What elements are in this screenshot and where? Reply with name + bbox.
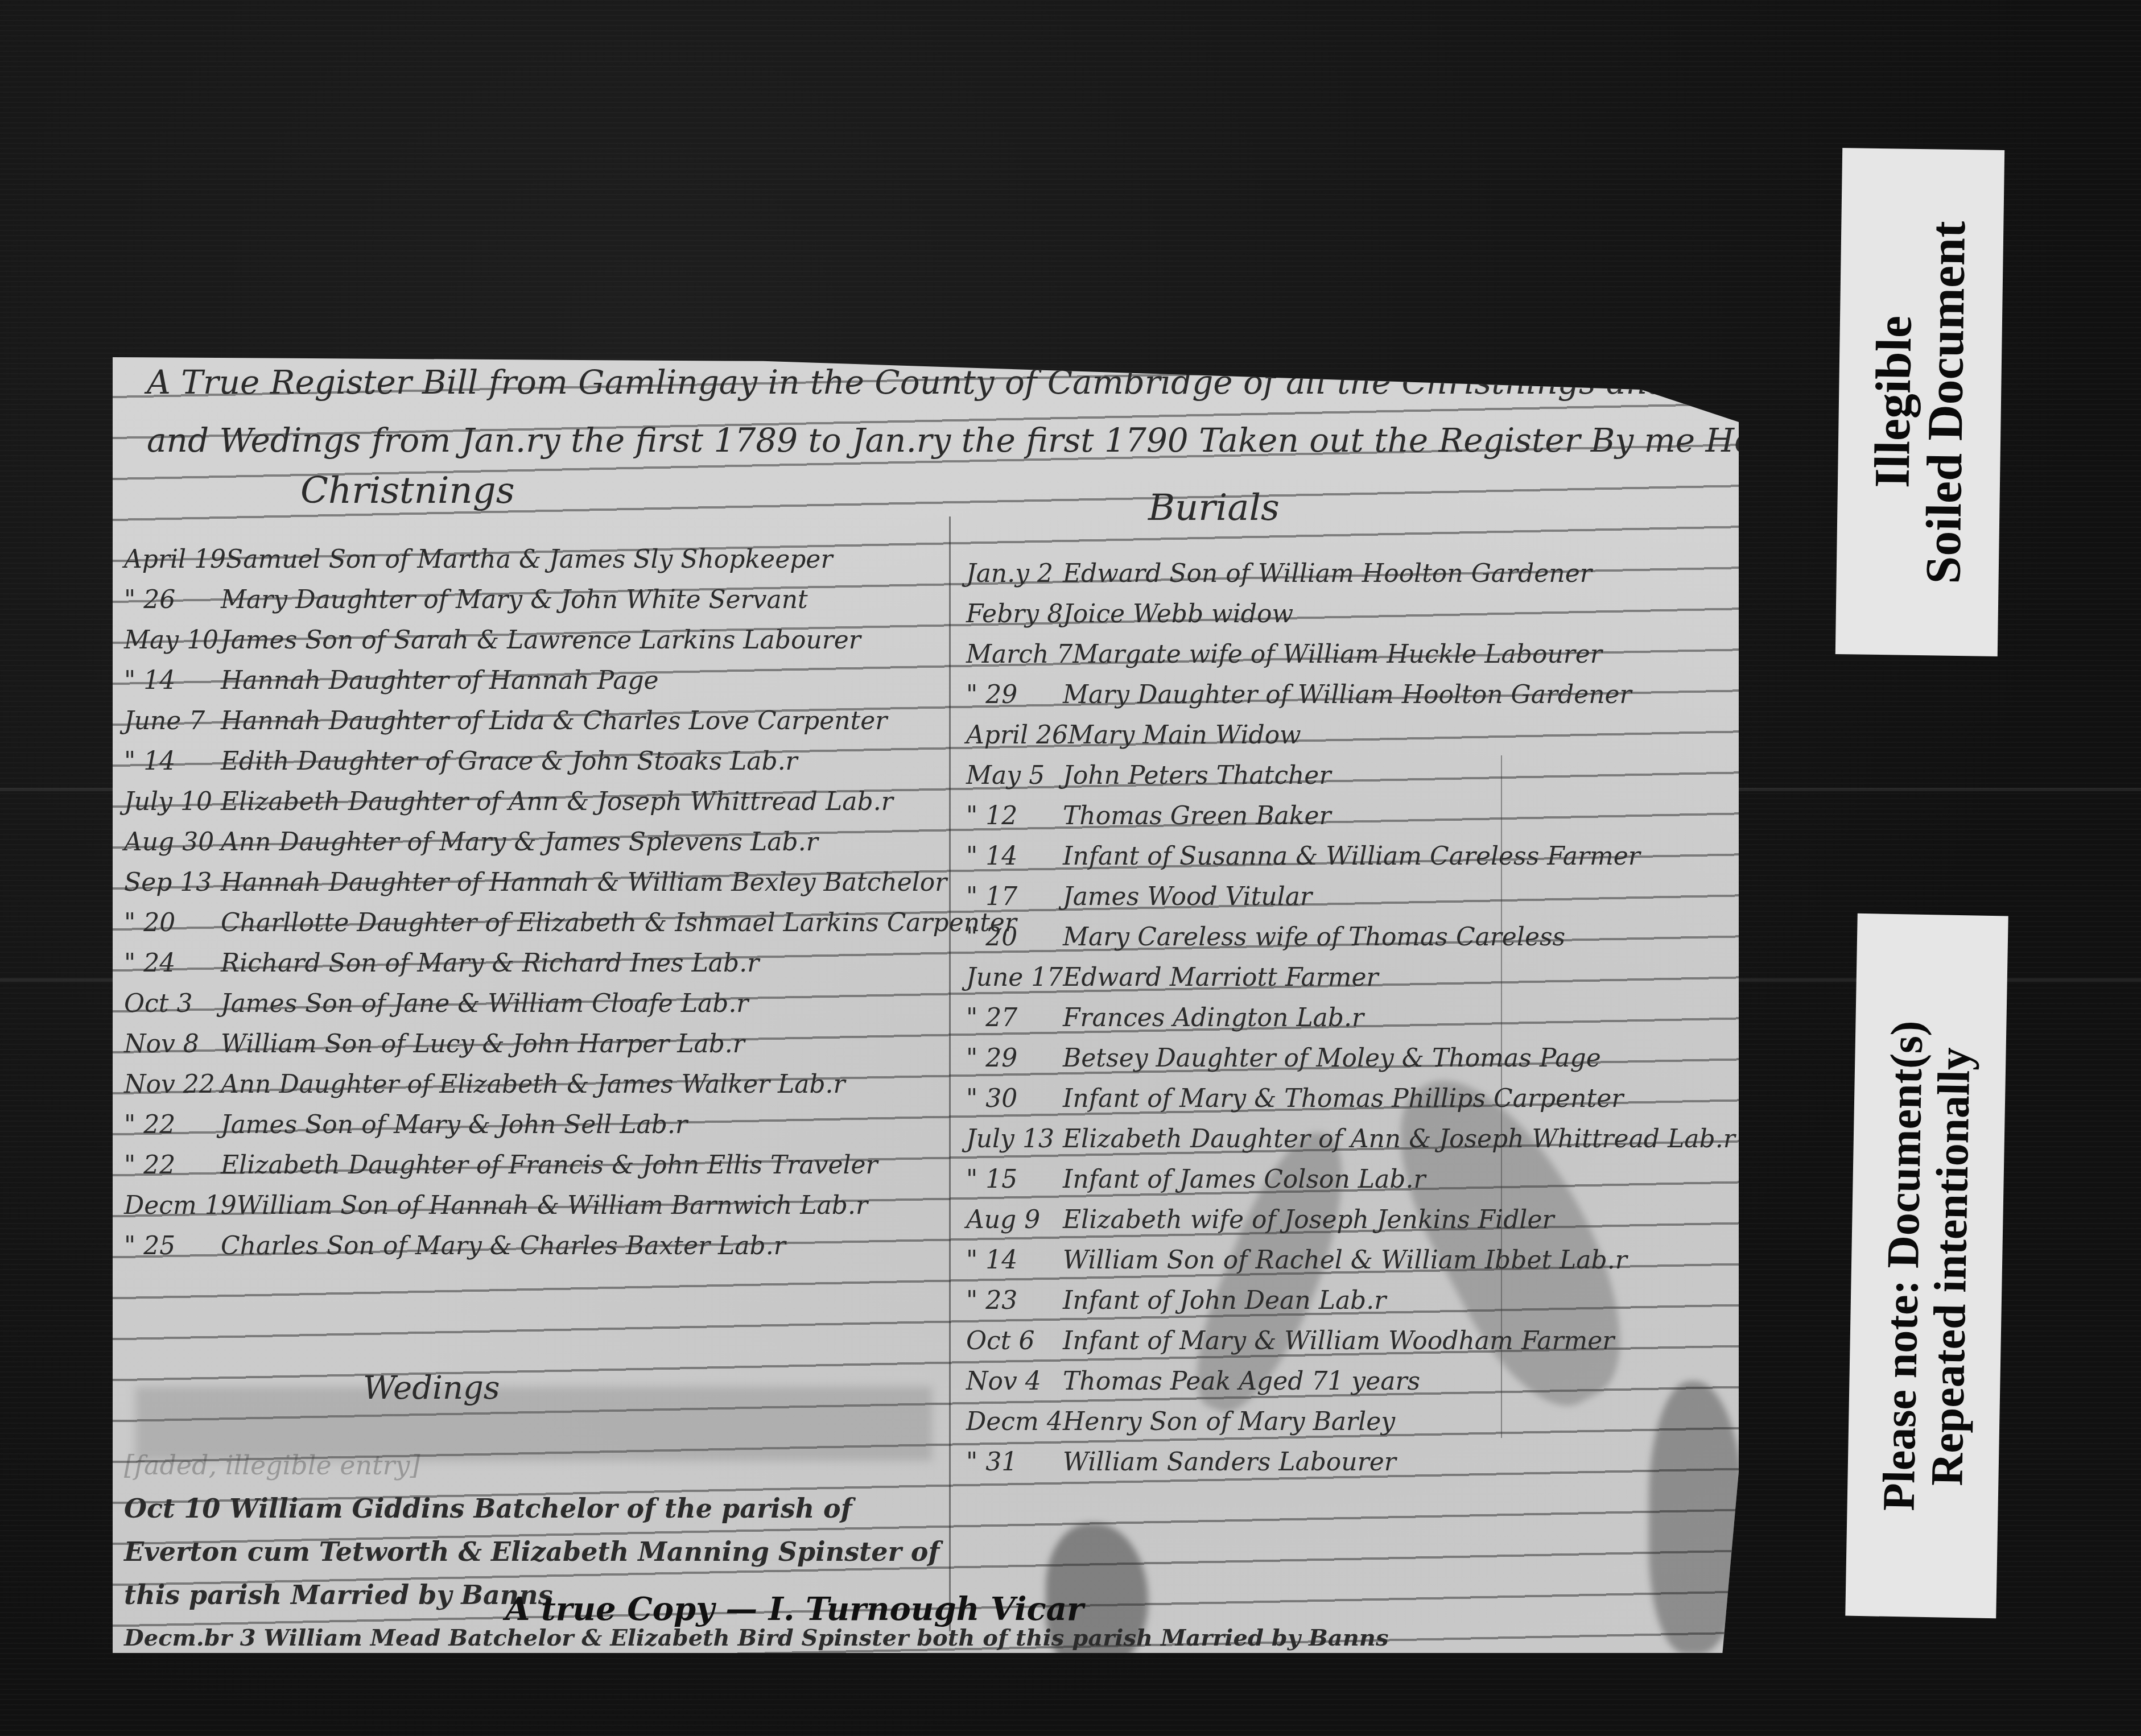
entry-text: William Son of Hannah & William Barnwich… [237,1191,868,1220]
register-entry: June 7Hannah Daughter of Lida & Charles … [124,701,943,741]
entry-date: " 12 [966,796,1063,836]
entry-text: Samuel Son of Martha & James Sly Shopkee… [226,545,832,574]
entry-text: Edward Son of William Hoolton Gardener [1063,559,1592,588]
entry-text: James Son of Jane & William Cloafe Lab.r [221,989,748,1018]
entry-date: Nov 8 [124,1024,221,1064]
entry-date: " 24 [124,943,221,983]
entry-date: " 23 [966,1280,1063,1321]
entry-text: James Son of Sarah & Lawrence Larkins La… [221,626,861,655]
wedding-line: Oct 10 William Giddins Batchelor of the … [124,1487,1490,1530]
register-entry: April 19Samuel Son of Martha & James Sly… [124,539,943,580]
faded-wedding-entry: [faded, illegible entry] [124,1444,1490,1487]
entry-text: Ann Daughter of Mary & James Splevens La… [221,828,818,857]
register-entry: " 20Charllotte Daughter of Elizabeth & I… [124,903,943,943]
entry-date: " 29 [966,1038,1063,1078]
christenings-heading: Christnings [300,470,515,512]
wedding-line: Everton cum Tetworth & Elizabeth Manning… [124,1530,1490,1573]
burials-heading: Burials [1148,487,1280,529]
entry-date: June 17 [966,957,1063,998]
entry-date: Oct 6 [966,1321,1063,1361]
register-entry: Febry 8Joice Webb widow [966,594,1729,634]
entry-text: Hannah Daughter of Lida & Charles Love C… [221,706,887,735]
entry-text: Richard Son of Mary & Richard Ines Lab.r [221,949,759,978]
register-entry: " 17James Wood Vitular [966,877,1729,917]
register-entry: " 29Betsey Daughter of Moley & Thomas Pa… [966,1038,1729,1078]
register-entry: " 14William Son of Rachel & William Ibbe… [966,1240,1729,1280]
entry-text: Margate wife of William Huckle Labourer [1072,640,1602,669]
register-entry: " 29Mary Daughter of William Hoolton Gar… [966,675,1729,715]
entry-text: Infant of John Dean Lab.r [1063,1286,1386,1315]
register-entry: July 10Elizabeth Daughter of Ann & Josep… [124,782,943,822]
burials-list: Jan.y 2Edward Son of William Hoolton Gar… [966,553,1729,1482]
entry-date: " 30 [966,1078,1063,1119]
register-entry: " 14Hannah Daughter of Hannah Page [124,660,943,701]
entry-date: Sep 13 [124,862,221,903]
register-entry: Sep 13Hannah Daughter of Hannah & Willia… [124,862,943,903]
register-entry: June 17Edward Marriott Farmer [966,957,1729,998]
entry-text: James Son of Mary & John Sell Lab.r [221,1110,687,1139]
entry-date: " 14 [124,741,221,782]
register-entry: Nov 22Ann Daughter of Elizabeth & James … [124,1064,943,1105]
entry-text: Infant of Susanna & William Careless Far… [1063,842,1640,871]
register-entry: July 13Elizabeth Daughter of Ann & Josep… [966,1119,1729,1159]
label-line: Soiled Document [1917,221,1975,584]
register-entry: " 23Infant of John Dean Lab.r [966,1280,1729,1321]
entry-date: Nov 22 [124,1064,221,1105]
entry-text: Edward Marriott Farmer [1063,963,1378,992]
entry-date: June 7 [124,701,221,741]
register-entry: " 25Charles Son of Mary & Charles Baxter… [124,1226,943,1266]
entry-text: Infant of James Colson Lab.r [1063,1165,1425,1194]
entry-date: " 27 [966,998,1063,1038]
entry-text: Mary Daughter of William Hoolton Gardene… [1063,680,1632,709]
entry-date: " 22 [124,1145,221,1185]
entry-text: Joice Webb widow [1063,600,1293,629]
vicar-attestation: A true Copy — I. Turnough Vicar [505,1590,1083,1628]
christenings-list: April 19Samuel Son of Martha & James Sly… [124,539,943,1266]
register-entry: " 24Richard Son of Mary & Richard Ines L… [124,943,943,983]
entry-date: Aug 9 [966,1200,1063,1240]
entry-text: Mary Daughter of Mary & John White Serva… [221,585,808,614]
entry-text: Betsey Daughter of Moley & Thomas Page [1063,1044,1601,1073]
entry-date: " 17 [966,877,1063,917]
label-line: Illegible [1865,220,1923,584]
entry-text: Hannah Daughter of Hannah Page [221,666,659,695]
entry-date: " 20 [966,917,1063,957]
entry-date: " 26 [124,580,221,620]
register-entry: " 14Infant of Susanna & William Careless… [966,836,1729,877]
register-entry: " 22James Son of Mary & John Sell Lab.r [124,1105,943,1145]
register-entry: " 30Infant of Mary & Thomas Phillips Car… [966,1078,1729,1119]
entry-date: " 25 [124,1226,221,1266]
entry-date: July 13 [966,1119,1063,1159]
entry-date: " 14 [124,660,221,701]
register-entry: Oct 3James Son of Jane & William Cloafe … [124,983,943,1024]
entry-date: April 19 [124,539,226,580]
register-entry: " 20Mary Careless wife of Thomas Careles… [966,917,1729,957]
entry-text: William Son of Lucy & John Harper Lab.r [221,1030,745,1059]
entry-date: July 10 [124,782,221,822]
register-entry: March 7Margate wife of William Huckle La… [966,634,1729,675]
register-entry: Decm 4Henry Son of Mary Barley [966,1402,1729,1442]
register-page: A True Register Bill from Gamlingay in t… [113,357,1739,1653]
register-entry: " 14Edith Daughter of Grace & John Stoak… [124,741,943,782]
entry-text: John Peters Thatcher [1063,761,1331,790]
entry-text: William Son of Rachel & William Ibbet La… [1063,1246,1627,1275]
entry-date: " 29 [966,675,1063,715]
entry-date: May 10 [124,620,221,660]
repeated-intentionally-label: Please note: Document(s) Repeated intent… [1845,914,2008,1618]
register-entry: " 15Infant of James Colson Lab.r [966,1159,1729,1200]
entry-text: James Wood Vitular [1063,882,1312,911]
entry-date: April 26 [966,715,1068,755]
entry-text: Infant of Mary & William Woodham Farmer [1063,1326,1614,1355]
register-entry: May 5John Peters Thatcher [966,755,1729,796]
entry-date: " 14 [966,836,1063,877]
register-entry: Nov 4Thomas Peak Aged 71 years [966,1361,1729,1402]
entry-date: Febry 8 [966,594,1063,634]
entry-text: Elizabeth Daughter of Ann & Joseph Whitt… [221,787,893,816]
register-entry: Nov 8William Son of Lucy & John Harper L… [124,1024,943,1064]
entry-date: " 15 [966,1159,1063,1200]
entry-date: " 14 [966,1240,1063,1280]
entry-text: Ann Daughter of Elizabeth & James Walker… [221,1070,845,1099]
entry-text: Charles Son of Mary & Charles Baxter Lab… [221,1231,786,1260]
label-line: Repeated intentionally [1923,1021,1979,1512]
register-entry: " 27Frances Adington Lab.r [966,998,1729,1038]
entry-date: Decm 4 [966,1402,1063,1442]
entry-date: May 5 [966,755,1063,796]
entry-text: Hannah Daughter of Hannah & William Bexl… [221,868,947,897]
register-entry: " 26Mary Daughter of Mary & John White S… [124,580,943,620]
weddings-heading: Wedings [363,1370,500,1407]
register-entry: " 12Thomas Green Baker [966,796,1729,836]
entry-date: Aug 30 [124,822,221,862]
entry-date: Decm 19 [124,1185,237,1226]
entry-date: Jan.y 2 [966,553,1063,594]
register-entry: April 26Mary Main Widow [966,715,1729,755]
entry-text: Thomas Green Baker [1063,801,1331,830]
entry-date: Oct 3 [124,983,221,1024]
entry-text: Infant of Mary & Thomas Phillips Carpent… [1063,1084,1623,1113]
entry-text: Elizabeth Daughter of Ann & Joseph Whitt… [1063,1125,1735,1154]
entry-text: Thomas Peak Aged 71 years [1063,1367,1420,1396]
entry-text: Henry Son of Mary Barley [1063,1407,1395,1436]
entry-date: " 20 [124,903,221,943]
register-entry: Jan.y 2Edward Son of William Hoolton Gar… [966,553,1729,594]
entry-text: Elizabeth wife of Joseph Jenkins Fidler [1063,1205,1554,1234]
document-title-line-2: and Wedings from Jan.ry the first 1789 t… [147,421,2003,460]
entry-text: Charllotte Daughter of Elizabeth & Ishma… [221,908,1017,937]
register-entry: May 10James Son of Sarah & Lawrence Lark… [124,620,943,660]
register-entry: Aug 30Ann Daughter of Mary & James Splev… [124,822,943,862]
entry-date: March 7 [966,634,1072,675]
entry-text: Mary Careless wife of Thomas Careless [1063,923,1565,952]
entry-text: Edith Daughter of Grace & John Stoaks La… [221,747,798,776]
register-entry: Oct 6Infant of Mary & William Woodham Fa… [966,1321,1729,1361]
entry-text: Elizabeth Daughter of Francis & John Ell… [221,1151,878,1180]
entry-text: Mary Main Widow [1068,721,1301,750]
register-entry: " 22Elizabeth Daughter of Francis & John… [124,1145,943,1185]
register-entry: Aug 9Elizabeth wife of Joseph Jenkins Fi… [966,1200,1729,1240]
entry-date: Nov 4 [966,1361,1063,1402]
entry-text: Frances Adington Lab.r [1063,1003,1364,1032]
illegible-soiled-label: Illegible Soiled Document [1835,148,2004,656]
register-entry: Decm 19William Son of Hannah & William B… [124,1185,943,1226]
entry-date: " 22 [124,1105,221,1145]
